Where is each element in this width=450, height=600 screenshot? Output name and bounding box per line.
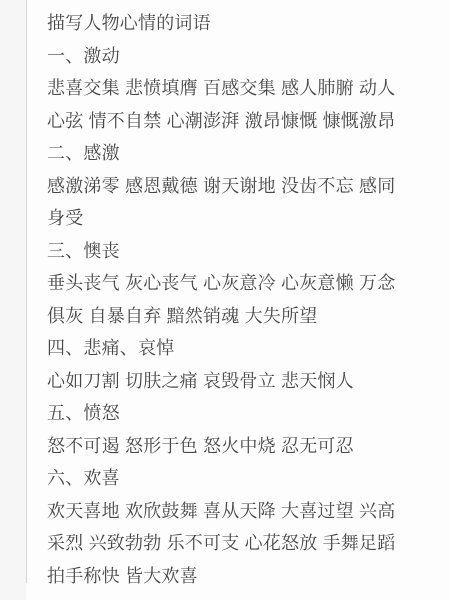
text-line: 心弦 情不自禁 心潮澎湃 激昂慷慨 慷慨激昂 xyxy=(47,105,420,138)
text-line: 拍手称快 皆大欢喜 xyxy=(47,560,420,593)
text-line: 身受 xyxy=(47,202,420,235)
text-line: 俱灰 自暴自弃 黯然销魂 大失所望 xyxy=(47,300,420,333)
document-page: 描写人物心情的词语 一、激动悲喜交集 悲愤填膺 百感交集 感人肺腑 动人心弦 情… xyxy=(0,0,450,600)
section-heading: 二、感激 xyxy=(47,137,420,170)
text-line: 垂头丧气 灰心丧气 心灰意冷 心灰意懒 万念 xyxy=(47,267,420,300)
section-heading: 一、激动 xyxy=(47,40,420,73)
text-line: 感激涕零 感恩戴德 谢天谢地 没齿不忘 感同 xyxy=(47,170,420,203)
section-heading: 三、懊丧 xyxy=(47,235,420,268)
text-line: 悲喜交集 悲愤填膺 百感交集 感人肺腑 动人 xyxy=(47,72,420,105)
page-title: 描写人物心情的词语 xyxy=(47,7,420,40)
section-heading: 四、悲痛、哀悼 xyxy=(47,332,420,365)
text-line: 采烈 兴致勃勃 乐不可支 心花怒放 手舞足蹈 xyxy=(47,527,420,560)
section-heading: 五、愤怒 xyxy=(47,397,420,430)
text-line: 欢天喜地 欢欣鼓舞 喜从天降 大喜过望 兴高 xyxy=(47,495,420,528)
left-gutter xyxy=(0,0,26,600)
text-line: 心如刀割 切肤之痛 哀毁骨立 悲天悯人 xyxy=(47,365,420,398)
section-heading: 六、欢喜 xyxy=(47,462,420,495)
text-line: 怒不可遏 怒形于色 怒火中烧 忍无可忍 xyxy=(47,430,420,463)
content-divider xyxy=(26,0,27,583)
document-body: 描写人物心情的词语 一、激动悲喜交集 悲愤填膺 百感交集 感人肺腑 动人心弦 情… xyxy=(47,7,420,592)
